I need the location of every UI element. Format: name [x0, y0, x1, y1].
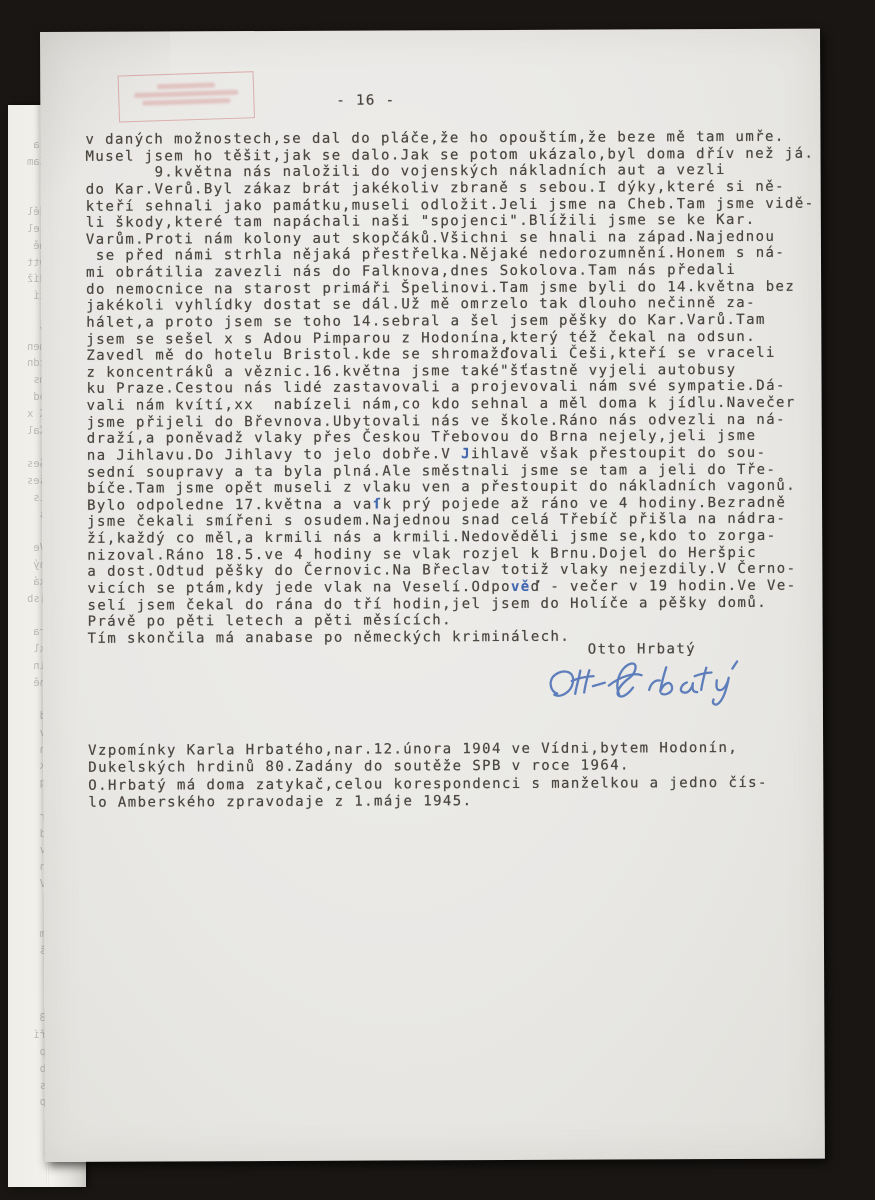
bleed-through-fragment: s	[12, 507, 46, 524]
bleed-through-fragment: B	[12, 1010, 46, 1027]
bleed-through-fragment: q	[12, 775, 46, 792]
bleed-through-fragment	[12, 691, 46, 708]
handwritten-signature-otto-hrbaty	[540, 644, 792, 720]
stamp-illegible-line	[142, 98, 230, 106]
memoir-body-text: v daných možnostech,se dal do pláče,že h…	[85, 129, 823, 648]
bleed-through-fragment: p	[12, 1044, 46, 1061]
typescript-line: Tím skončila má anabase po německých kri…	[88, 627, 824, 647]
bleed-through-fragment: d	[12, 708, 46, 725]
bleed-through-fragment	[12, 792, 46, 809]
bleed-through-fragment	[12, 960, 46, 977]
bleed-through-fragment: b	[12, 1061, 46, 1078]
bleed-through-fragment: m	[12, 926, 46, 943]
bleed-through-fragment: ká	[12, 574, 46, 591]
bleed-through-fragment: r	[12, 809, 46, 826]
bleed-through-fragment: š	[12, 943, 46, 960]
bleed-through-fragment: Ve	[12, 540, 46, 557]
red-archive-stamp	[118, 71, 255, 122]
bleed-through-fragment: jsb	[12, 591, 46, 608]
stamp-illegible-line	[134, 90, 238, 98]
typescript-line: selí jsem čekal do rána do tří hodin,jel…	[87, 594, 823, 614]
bleed-through-fragment	[12, 910, 46, 927]
bleed-through-fragment	[12, 977, 46, 994]
archival-note-line: Vzpomínky Karla Hrbatého,nar.12.února 19…	[88, 740, 824, 761]
document-page: - 16 - v daných možnostech,se dal do plá…	[40, 29, 825, 1162]
bleed-through-fragment: k	[12, 758, 46, 775]
bleed-through-fragment: ra	[12, 624, 46, 641]
scanned-document-photo: { "colors": { "scan_background": "#19161…	[0, 0, 875, 1200]
bleed-through-fragment: n	[12, 859, 46, 876]
bleed-through-fragment	[12, 523, 46, 540]
archival-note-line: lo Amberského zpravodaje z 1.máje 1945.	[88, 791, 824, 812]
blue-ink-correction: J	[461, 446, 471, 462]
bleed-through-fragment: V	[12, 876, 46, 893]
bleed-through-fragment: ný	[12, 557, 46, 574]
blue-ink-correction: vě	[511, 579, 531, 595]
bleed-through-fragment: in	[12, 658, 46, 675]
bleed-through-fragment	[12, 607, 46, 624]
bleed-through-fragment: v	[12, 725, 46, 742]
page-number: - 16 -	[336, 92, 395, 109]
bleed-through-fragment: n	[12, 742, 46, 759]
bleed-through-fragment: ls	[12, 490, 46, 507]
bleed-through-fragment	[12, 893, 46, 910]
archival-note-line: O.Hrbatý má doma zatykač,celou korespond…	[88, 774, 824, 795]
bleed-through-fragment	[12, 994, 46, 1011]
bleed-through-fragment: šes	[12, 473, 46, 490]
bleed-through-fragment: v	[12, 842, 46, 859]
bleed-through-fragment: s	[12, 1078, 46, 1095]
bleed-through-fragment: kl	[12, 641, 46, 658]
bleed-through-fragment: d	[12, 826, 46, 843]
archival-note-text: Vzpomínky Karla Hrbatého,nar.12.února 19…	[88, 740, 824, 812]
bleed-through-fragment: ří	[12, 1027, 46, 1044]
bleed-through-fragment: p	[12, 1094, 46, 1111]
bleed-through-fragment: ně	[12, 675, 46, 692]
stamp-illegible-line	[157, 82, 215, 89]
